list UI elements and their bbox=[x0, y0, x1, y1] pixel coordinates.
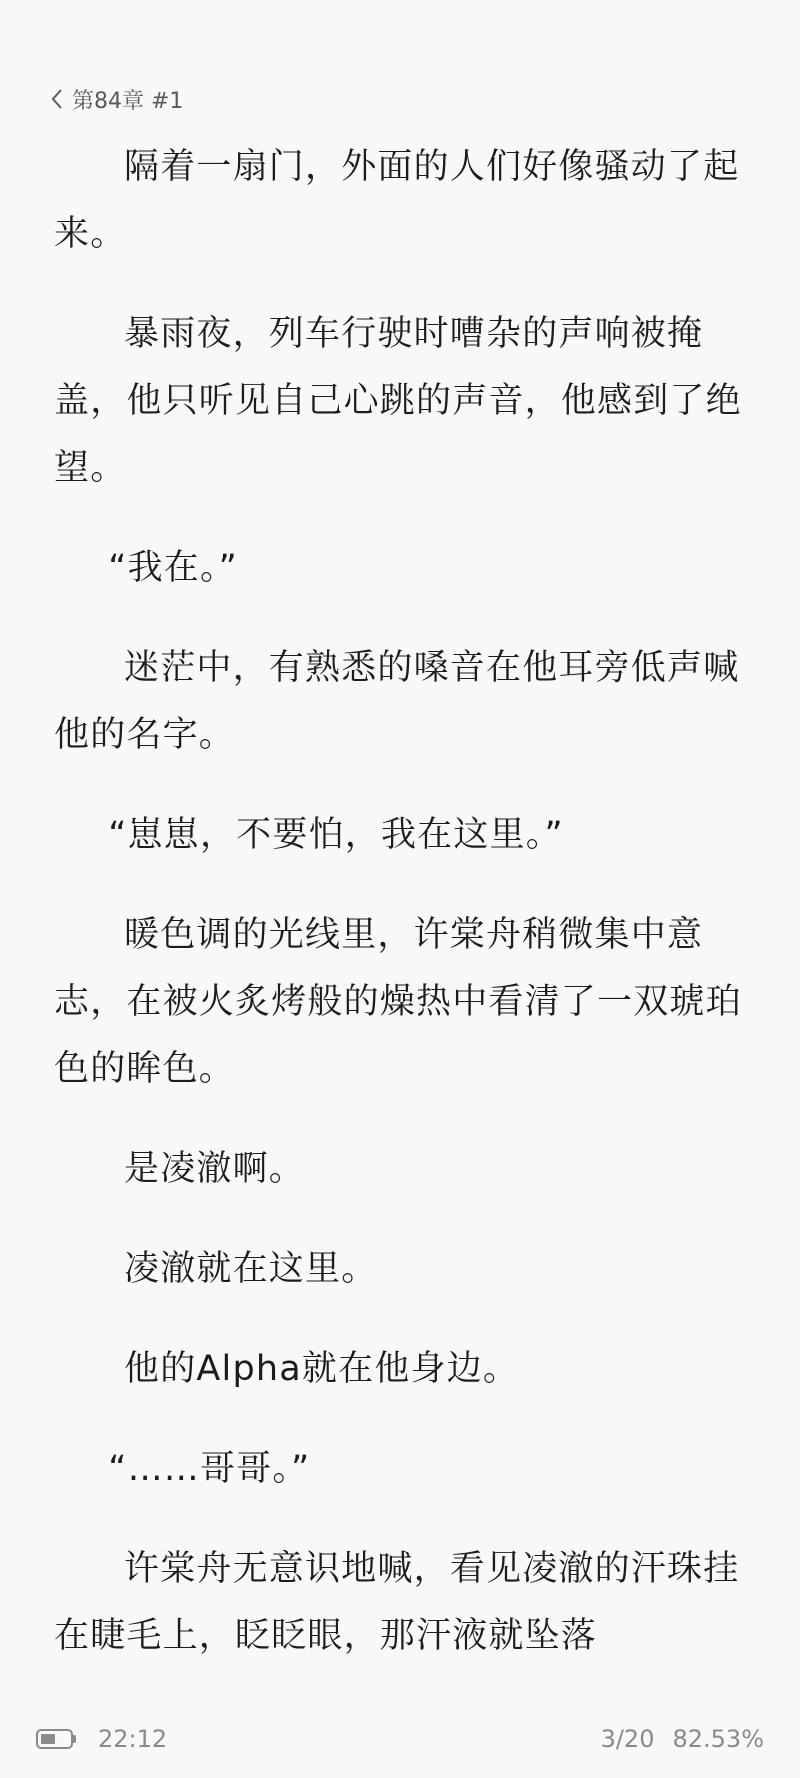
dialogue-paragraph: “我在。” bbox=[54, 535, 750, 602]
chevron-left-icon bbox=[50, 88, 64, 110]
battery-icon bbox=[36, 1729, 76, 1749]
status-footer: 22:12 3/20 82.53% bbox=[0, 1722, 800, 1758]
paragraph: 是凌澈啊。 bbox=[54, 1136, 750, 1203]
chapter-title: 第84章 #1 bbox=[72, 84, 183, 115]
paragraph: 凌澈就在这里。 bbox=[54, 1236, 750, 1303]
paragraph: 暴雨夜，列车行驶时嘈杂的声响被掩盖，他只听见自己心跳的声音，他感到了绝望。 bbox=[54, 301, 750, 502]
reading-progress: 3/20 82.53% bbox=[601, 1724, 764, 1754]
progress-percent: 82.53% bbox=[672, 1724, 764, 1754]
dialogue-paragraph: “崽崽，不要怕，我在这里。” bbox=[54, 802, 750, 869]
paragraph: 隔着一扇门，外面的人们好像骚动了起来。 bbox=[54, 134, 750, 268]
paragraph: 他的Alpha就在他身边。 bbox=[54, 1336, 750, 1403]
page-indicator: 3/20 bbox=[601, 1724, 655, 1754]
chapter-header-back-button[interactable]: 第84章 #1 bbox=[50, 82, 183, 116]
dialogue-paragraph: “……哥哥。” bbox=[54, 1436, 750, 1503]
paragraph: 迷茫中，有熟悉的嗓音在他耳旁低声喊他的名字。 bbox=[54, 635, 750, 769]
clock-time: 22:12 bbox=[98, 1724, 167, 1754]
paragraph: 暖色调的光线里，许棠舟稍微集中意志，在被火炙烤般的燥热中看清了一双琥珀色的眸色。 bbox=[54, 902, 750, 1103]
paragraph: 许棠舟无意识地喊，看见凌澈的汗珠挂在睫毛上，眨眨眼，那汗液就坠落 bbox=[54, 1536, 750, 1670]
reading-content[interactable]: 隔着一扇门，外面的人们好像骚动了起来。 暴雨夜，列车行驶时嘈杂的声响被掩盖，他只… bbox=[54, 134, 750, 1703]
